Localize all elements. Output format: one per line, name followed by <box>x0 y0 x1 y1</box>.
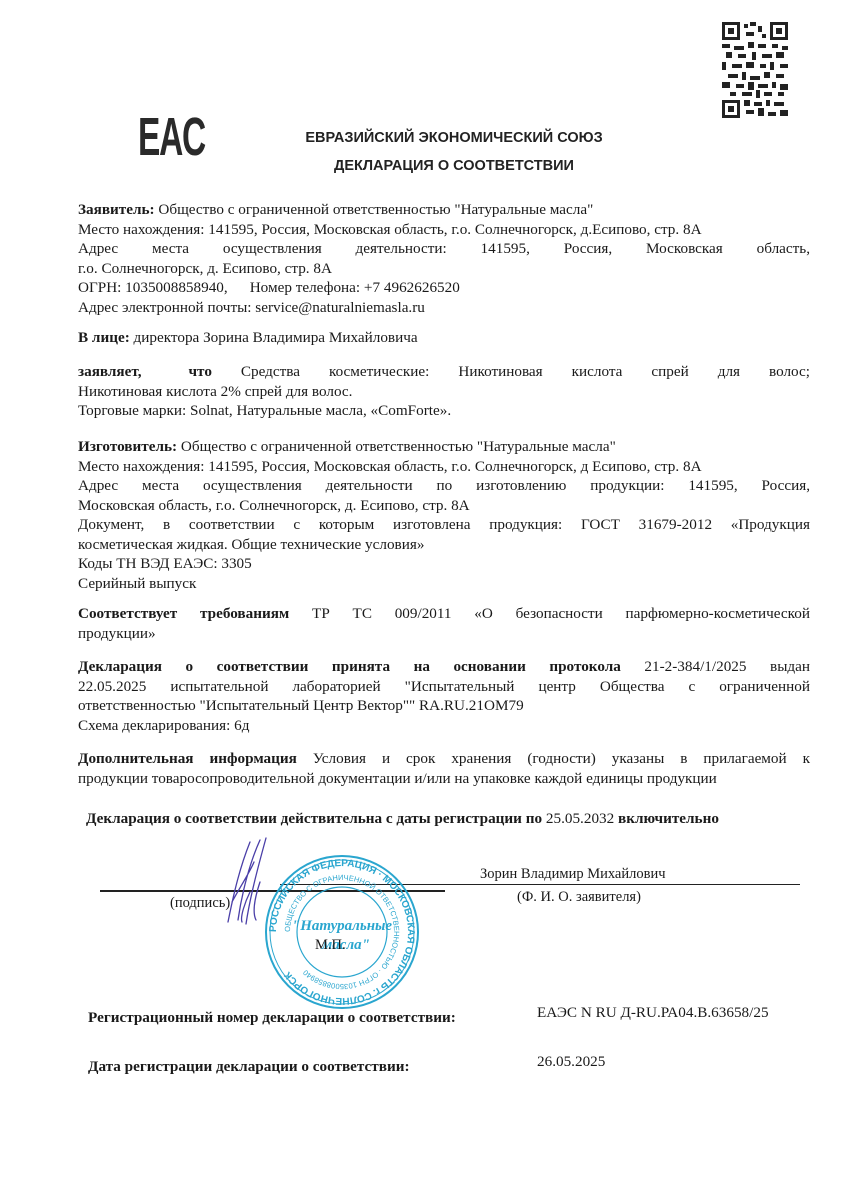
declares-trademarks: Торговые марки: Solnat, Натуральные масл… <box>78 401 810 421</box>
applicant-activity-address-2: г.о. Солнечногорск, д. Есипово, стр. 8А <box>78 259 810 279</box>
company-seal-icon: РОССИЙСКАЯ ФЕДЕРАЦИЯ · МОСКОВСКАЯ ОБЛАСТ… <box>262 852 422 1012</box>
validity-section: Декларация о соответствии действительна … <box>86 809 818 829</box>
declares-section: заявляет, что Средства косметические: Ни… <box>78 362 810 421</box>
applicant-name: Общество с ограниченной ответственностью… <box>155 201 594 218</box>
applicant-section: Заявитель: Общество с ограниченной ответ… <box>78 200 810 317</box>
qr-code-icon <box>722 22 788 118</box>
registration-number-value: ЕАЭС N RU Д-RU.РА04.В.63658/25 <box>537 1004 769 1022</box>
applicant-location: Место нахождения: 141595, Россия, Москов… <box>78 220 810 240</box>
basis-line-1: 21-2-384/1/2025 выдан <box>621 658 810 675</box>
registration-number-label: Регистрационный номер декларации о соотв… <box>88 1009 456 1027</box>
manufacturer-production-address-2: Московская область, г.о. Солнечногорск, … <box>78 496 810 516</box>
compliance-label: Соответствует требованиям <box>78 605 289 622</box>
manufacturer-name: Общество с ограниченной ответственностью… <box>177 438 616 455</box>
manufacturer-section: Изготовитель: Общество с ограниченной от… <box>78 437 810 593</box>
validity-prefix: Декларация о соответствии действительна … <box>86 810 546 827</box>
declares-line-2: Никотиновая кислота 2% спрей для волос. <box>78 382 810 402</box>
registration-date-value: 26.05.2025 <box>537 1053 605 1071</box>
basis-scheme: Схема декларирования: 6д <box>78 716 810 736</box>
validity-date: 25.05.2032 <box>546 810 614 827</box>
signer-name: Зорин Владимир Михайлович <box>480 866 666 883</box>
represented-by-section: В лице: директора Зорина Владимира Михай… <box>78 328 810 348</box>
applicant-ogrn: ОГРН: 1035008858940, <box>78 279 228 296</box>
basis-line-2: 22.05.2025 испытательной лабораторией "И… <box>78 677 810 697</box>
union-title: ЕВРАЗИЙСКИЙ ЭКОНОМИЧЕСКИЙ СОЮЗ <box>30 130 848 146</box>
basis-section: Декларация о соответствии принята на осн… <box>78 657 810 735</box>
svg-text:"Натуральные: "Натуральные <box>292 918 393 934</box>
additional-info-line-2: продукции товаросопроводительной докумен… <box>78 769 810 789</box>
manufacturer-document-2: косметическая жидкая. Общие технические … <box>78 535 810 555</box>
basis-label: Декларация о соответствии принята на осн… <box>78 658 621 675</box>
applicant-phone: Номер телефона: +7 4962626520 <box>250 279 460 296</box>
name-caption: (Ф. И. О. заявителя) <box>517 889 641 906</box>
declares-label: заявляет, что <box>78 363 212 380</box>
applicant-email: Адрес электронной почты: service@natural… <box>78 298 810 318</box>
document-title: ДЕКЛАРАЦИЯ О СООТВЕТСТВИИ <box>30 158 848 174</box>
additional-info-label: Дополнительная информация <box>78 750 297 767</box>
represented-by-value: директора Зорина Владимира Михайловича <box>130 329 418 346</box>
seal-label: М.П. <box>315 937 346 954</box>
manufacturer-release: Серийный выпуск <box>78 574 810 594</box>
manufacturer-label: Изготовитель: <box>78 438 177 455</box>
manufacturer-document-1: Документ, в соответствии с которым изгот… <box>78 515 810 535</box>
manufacturer-location: Место нахождения: 141595, Россия, Москов… <box>78 457 810 477</box>
additional-info-line-1: Условия и срок хранения (годности) указа… <box>297 750 810 767</box>
manufacturer-tnved: Коды ТН ВЭД ЕАЭС: 3305 <box>78 554 810 574</box>
applicant-label: Заявитель: <box>78 201 155 218</box>
applicant-activity-address-1: Адрес места осуществления деятельности: … <box>78 239 810 259</box>
registration-date-label: Дата регистрации декларации о соответств… <box>88 1058 410 1076</box>
represented-by-label: В лице: <box>78 329 130 346</box>
compliance-line-1: ТР ТС 009/2011 «О безопасности парфюмерн… <box>289 605 810 622</box>
declares-line-1: Средства косметические: Никотиновая кисл… <box>212 363 810 380</box>
additional-info-section: Дополнительная информация Условия и срок… <box>78 749 810 788</box>
compliance-line-2: продукции» <box>78 624 810 644</box>
compliance-section: Соответствует требованиям ТР ТС 009/2011… <box>78 604 810 643</box>
basis-line-3: ответственностью "Испытательный Центр Ве… <box>78 696 810 716</box>
validity-suffix: включительно <box>614 810 719 827</box>
manufacturer-production-address-1: Адрес места осуществления деятельности п… <box>78 476 810 496</box>
